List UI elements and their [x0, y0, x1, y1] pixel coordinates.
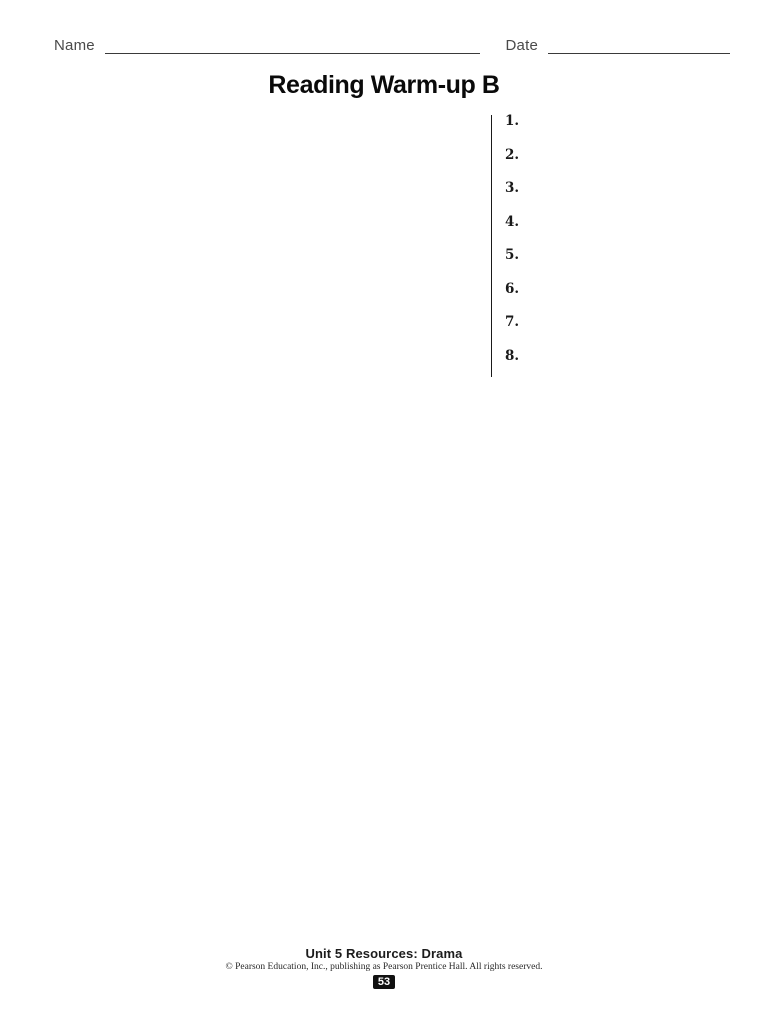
footer-unit-title: Unit 5 Resources: Drama: [0, 946, 768, 961]
page-number-badge: 53: [373, 975, 395, 989]
title-block: Reading Warm-up B: [0, 71, 768, 100]
question-text: [529, 348, 730, 366]
passage-column: [52, 113, 482, 381]
question-number: 3.: [505, 180, 529, 198]
question-text: [529, 180, 730, 198]
question-number: 7.: [505, 314, 529, 332]
name-date-row: Name Date: [54, 36, 730, 54]
question-number: 1.: [505, 113, 529, 131]
question-number: 8.: [505, 348, 529, 366]
question-text: [529, 314, 730, 332]
question-item-8: 8.: [505, 348, 730, 366]
question-text: [529, 214, 730, 232]
page-footer: Unit 5 Resources: Drama © Pearson Educat…: [0, 946, 768, 990]
questions-column: 1. 2. 3. 4. 5. 6.: [505, 113, 730, 381]
content-columns: 1. 2. 3. 4. 5. 6.: [52, 113, 730, 381]
question-item-3: 3.: [505, 180, 730, 198]
question-item-2: 2.: [505, 147, 730, 165]
question-item-4: 4.: [505, 214, 730, 232]
question-text: [529, 247, 730, 265]
footer-copyright: © Pearson Education, Inc., publishing as…: [0, 962, 768, 972]
page-title: Reading Warm-up B: [0, 71, 768, 100]
worksheet-page: Name Date Reading Warm-up B 1. 2.: [0, 0, 768, 1024]
date-label: Date: [506, 37, 539, 54]
question-text: [529, 281, 730, 299]
question-number: 6.: [505, 281, 529, 299]
name-label: Name: [54, 37, 95, 54]
question-item-7: 7.: [505, 314, 730, 332]
question-text: [529, 113, 730, 131]
column-divider: [491, 115, 492, 377]
question-number: 4.: [505, 214, 529, 232]
date-blank-line: [548, 36, 730, 54]
question-item-1: 1.: [505, 113, 730, 131]
question-number: 5.: [505, 247, 529, 265]
question-item-5: 5.: [505, 247, 730, 265]
name-blank-line: [105, 36, 480, 54]
question-item-6: 6.: [505, 281, 730, 299]
question-number: 2.: [505, 147, 529, 165]
question-text: [529, 147, 730, 165]
